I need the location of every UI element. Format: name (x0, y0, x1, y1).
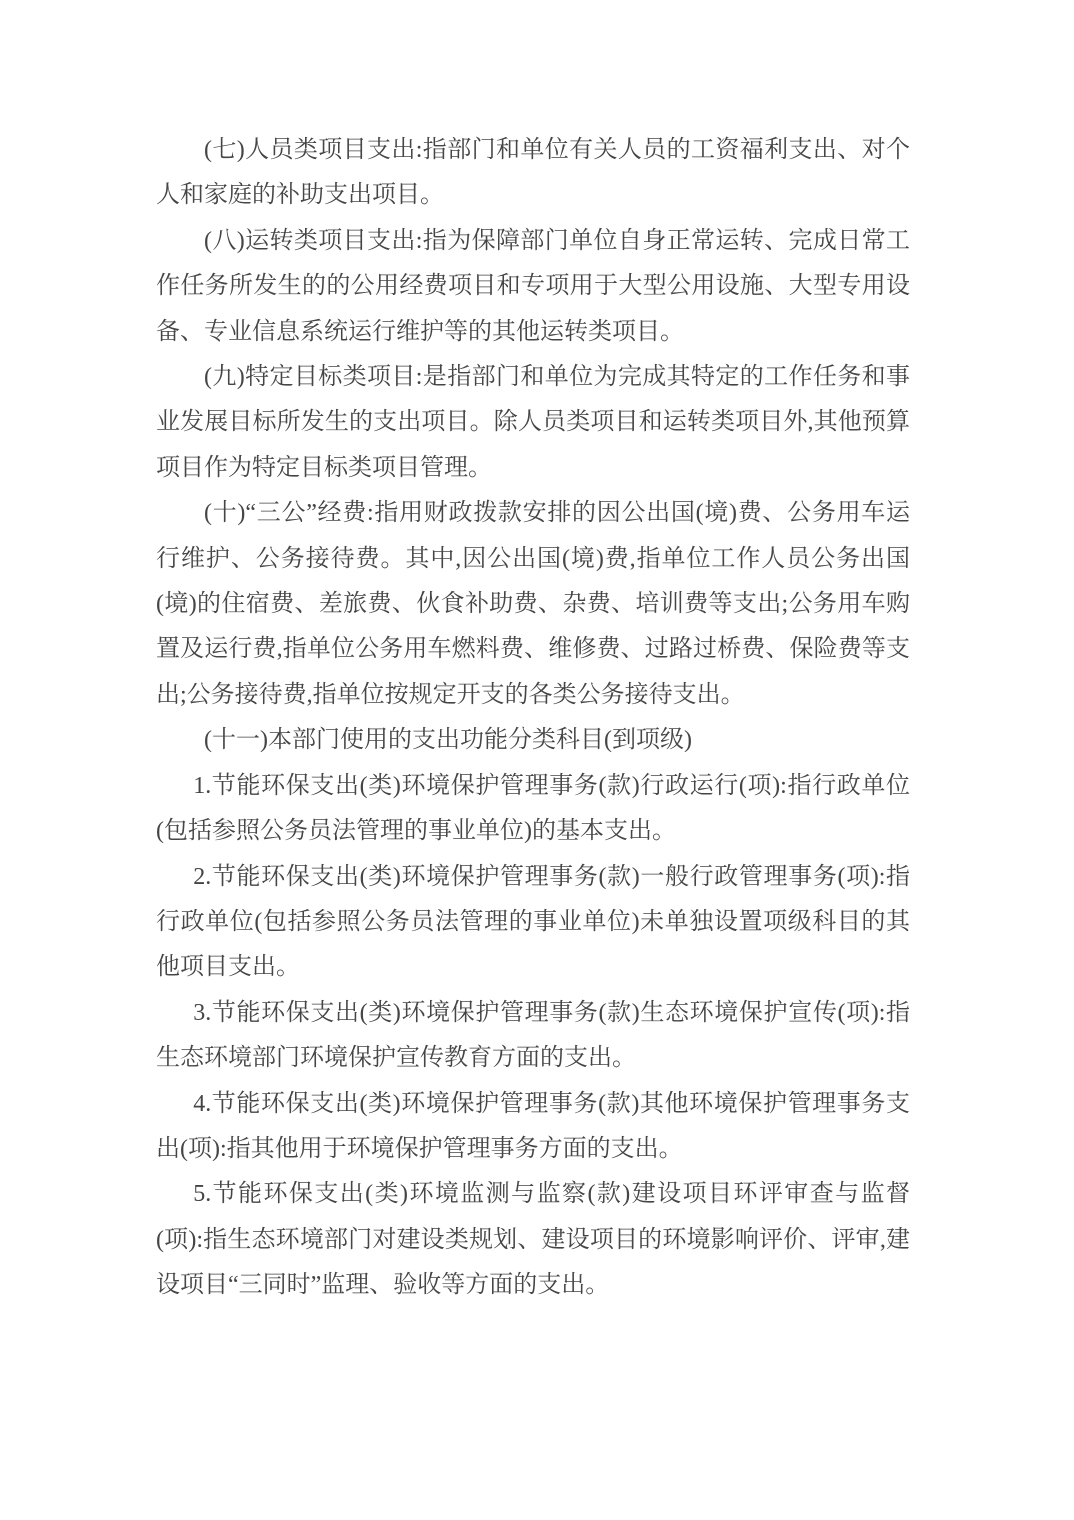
para-item-ten: (十)“三公”经费:指用财政拨款安排的因公出国(境)费、公务用车运行维护、公务接… (156, 491, 910, 718)
para-subitem-3: 3.节能环保支出(类)环境保护管理事务(款)生态环境保护宣传(项):指生态环境部… (156, 991, 910, 1082)
para-item-nine: (九)特定目标类项目:是指部门和单位为完成其特定的工作任务和事业发展目标所发生的… (156, 355, 910, 491)
document-body: (七)人员类项目支出:指部门和单位有关人员的工资福利支出、对个人和家庭的补助支出… (156, 128, 910, 1309)
para-item-seven: (七)人员类项目支出:指部门和单位有关人员的工资福利支出、对个人和家庭的补助支出… (156, 128, 910, 219)
para-subitem-4: 4.节能环保支出(类)环境保护管理事务(款)其他环境保护管理事务支出(项):指其… (156, 1082, 910, 1173)
para-subitem-5: 5.节能环保支出(类)环境监测与监察(款)建设项目环评审查与监督(项):指生态环… (156, 1172, 910, 1308)
para-subitem-1: 1.节能环保支出(类)环境保护管理事务(款)行政运行(项):指行政单位(包括参照… (156, 764, 910, 855)
para-item-eleven: (十一)本部门使用的支出功能分类科目(到项级) (156, 718, 910, 763)
para-item-eight: (八)运转类项目支出:指为保障部门单位自身正常运转、完成日常工作任务所发生的的公… (156, 219, 910, 355)
para-subitem-2: 2.节能环保支出(类)环境保护管理事务(款)一般行政管理事务(项):指行政单位(… (156, 855, 910, 991)
document-page: (七)人员类项目支出:指部门和单位有关人员的工资福利支出、对个人和家庭的补助支出… (0, 0, 1074, 1520)
